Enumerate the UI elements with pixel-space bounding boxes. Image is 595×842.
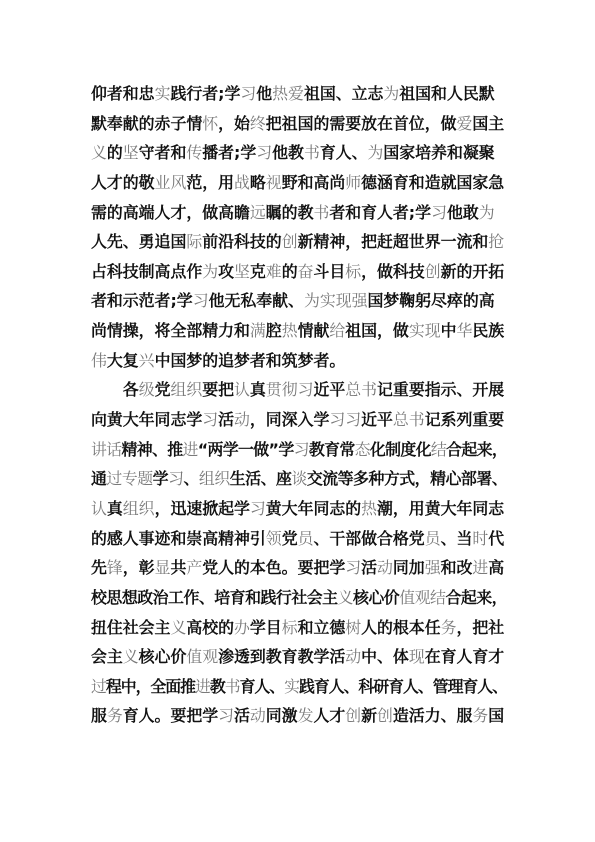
text-segment: 习 [193,291,209,310]
text-segment: 习 [218,706,234,725]
text-segment: 给 [329,321,345,340]
text-segment: 合起来， [446,440,507,459]
text-segment: 要把 [202,380,234,399]
text-segment: ，同深入学 [250,410,329,429]
text-segment: 热 [361,499,377,518]
text-segment: 怀 [202,114,218,133]
text-line: 扭住社会主义高校的办学目标和立德树人的根本任务，把社 [91,613,507,643]
text-segment: 习 [294,440,309,459]
text-segment: 热爱 [272,84,304,103]
text-segment: 和立德 [298,618,346,637]
text-segment: 伟 [91,351,107,370]
text-segment: 总书 [393,410,425,429]
text-segment: 值观 [186,647,218,666]
text-segment: 态 [355,440,370,459]
text-segment: 践行者;学 [170,84,240,103]
text-segment: 中 [441,321,457,340]
text-segment: 野和高尚 [282,173,346,192]
text-segment: 视 [266,173,282,192]
text-segment: 者和育人者;学 [329,203,431,222]
text-segment: 攻 [218,262,234,281]
text-segment: 腔 [266,321,282,340]
text-segment: 中国梦的追梦者和筑梦者。 [155,351,346,370]
text-segment: 占科技制高点作 [91,262,202,281]
text-line: 人先、勇追国际前沿科技的创新精神，把赶超世界一流和抢 [91,227,507,257]
text-segment: 实 [284,677,299,696]
text-segment: 的感人事迹和崇高精神引 [91,529,266,548]
text-segment: 学 [153,469,168,488]
text-segment: 义 [91,143,107,162]
text-line: 人才的敬业风范，用战略视野和高尚师德涵育和造就国家急 [91,168,507,198]
text-segment: 书 [313,203,329,222]
text-segment: 创 [425,262,441,281]
text-segment: 办 [234,618,250,637]
text-segment: 的 [107,143,123,162]
text-line: 占科技制高点作为攻坚克难的奋斗目标，做科技创新的开拓 [91,257,507,287]
text-segment: 会主 [91,647,123,666]
text-segment: 新精神，把赶超世界一流和 [298,232,489,251]
text-segment: 认 [91,499,107,518]
text-segment: 精神、推 [122,440,183,459]
text-segment: 核心价 [139,647,187,666]
text-segment: 先 [91,558,107,577]
text-segment: 习 [250,499,266,518]
text-segment: 略 [250,173,266,192]
text-segment: 仰者和忠 [91,84,155,103]
text-segment: 创 [345,706,361,725]
text-segment: 学目 [250,618,282,637]
text-segment: 化制度化 [370,440,431,459]
text-segment: 、干部做合格党 [313,529,424,548]
text-segment: 过 [91,677,106,696]
text-segment: 前沿科技的 [202,232,281,251]
text-segment: 终 [250,114,266,133]
text-segment: 、 [184,469,199,488]
text-segment: 高 [488,558,504,577]
text-segment: 务 [441,618,457,637]
text-segment: 他 [256,84,272,103]
text-segment: 组织 [123,499,155,518]
text-segment: 为 [368,143,384,162]
text-segment: 义 [338,588,353,607]
text-segment: 实 [155,84,171,103]
text-segment: 热 [282,321,298,340]
text-segment: 人才的敬 [91,173,155,192]
text-segment: 情献 [298,321,330,340]
text-segment: 黄大年同志的 [266,499,361,518]
text-segment: 需的高端人才，做高瞻 [91,203,250,222]
text-segment: 创 [377,706,393,725]
text-line: 伟大复兴中国梦的追梦者和筑梦者。 [91,346,507,376]
text-line: 向黄大年同志学习活动，同深入学习习近平总书记系列重要 [91,405,507,435]
text-segment: 级 [139,380,155,399]
text-segment: 战 [234,173,250,192]
text-segment: 近平 [361,410,393,429]
text-segment: 造活力、服 [393,706,472,725]
text-line: 各级党组织要把认真贯彻习近平总书记重要指示、开展 [91,375,507,405]
text-segment: 人的根本任 [361,618,440,637]
text-segment: 交流等多种方式，精心部署、 [307,469,507,488]
text-segment: 同激 [266,706,298,725]
text-segment: 守者和 [139,143,187,162]
text-segment: 共 [170,558,186,577]
text-segment: 记系列重要 [425,410,504,429]
text-segment: 同加 [393,558,425,577]
text-segment: 义 [123,647,139,666]
text-segment: 他无私奉献、 [209,291,304,310]
text-segment: 为 [479,203,495,222]
text-segment: 总书 [345,380,377,399]
text-segment: 、当 [441,529,473,548]
text-segment: 他敢 [447,203,479,222]
text-segment: 强 [425,558,441,577]
text-line: 默奉献的赤子情怀，始终把祖国的需要放在首位，做爱国主 [91,109,507,139]
text-segment: 义 [170,618,186,637]
text-segment: 书 [225,677,240,696]
paragraph: 仰者和忠实践行者;学习他热爱祖国、立志为祖国和人民默默奉献的赤子情怀，始终把祖国… [91,79,507,375]
text-segment: 真 [250,380,266,399]
text-line: 需的高端人才，做高瞻远瞩的教书者和育人者;学习他敢为 [91,198,507,228]
text-line: 先锋，彰显共产党人的本色。要把学习活动同加强和改进高 [91,553,507,583]
text-segment: 记重要指示、开展 [377,380,504,399]
text-segment: 习 [345,558,361,577]
text-segment: 贯彻习 [266,380,314,399]
text-segment: 育人、 [320,143,368,162]
text-segment: 育人、 [240,677,285,696]
text-line: 校思想政治工作、培育和践行社会主义核心价值观结合起来， [91,583,507,613]
text-segment: ，彰 [123,558,155,577]
text-segment: 现 [409,647,425,666]
text-segment: 组织 [199,469,230,488]
text-segment: “两学一做”学 [198,440,294,459]
text-segment: 难 [266,262,282,281]
text-line: 尚情操，将全部精力和满腔热情献给祖国，做实现中华民族 [91,316,507,346]
text-segment: 党 [282,529,298,548]
text-segment: 动 [250,706,266,725]
text-segment: 为 [202,262,218,281]
text-segment: 代 [488,529,504,548]
text-segment: 时 [472,529,488,548]
text-segment: 员 [298,529,314,548]
text-segment: 奋 [298,262,314,281]
text-segment: 党人的本色。要把学 [202,558,345,577]
text-segment: 为实现强 [304,291,368,310]
text-segment: 在育人育才 [425,647,504,666]
text-segment: 际 [186,232,202,251]
text-segment: 产 [186,558,202,577]
text-segment: 民族 [472,321,504,340]
text-segment: 践育人、科研育人、管理育人、 [299,677,507,696]
text-segment: 满 [250,321,266,340]
text-segment: 真 [107,499,123,518]
text-segment: 范，用 [186,173,234,192]
text-segment: 德涵育和造就国家急 [361,173,504,192]
text-line: 过程中，全面推进教书育人、实践育人、科研育人、管理育人、 [91,672,507,702]
text-segment: 习 [202,410,218,429]
text-segment: 动 [345,647,361,666]
text-segment: 动 [234,410,250,429]
text-segment: 祖国、立志 [304,84,383,103]
text-segment: 活 [234,706,250,725]
text-segment: 瞩的教 [266,203,314,222]
text-segment: 华 [456,321,472,340]
text-segment: 活 [361,558,377,577]
text-segment: 教 [210,677,225,696]
text-line: 者和示范者;学习他无私奉献、为实现强国梦鞠躬尽瘁的高 [91,286,507,316]
text-segment: 新的开拓 [441,262,505,281]
text-segment: 合起来， [445,588,507,607]
text-segment: 发 [298,706,314,725]
text-segment: ，迅速掀起学 [155,499,250,518]
text-segment: 他教 [272,143,304,162]
text-segment: 扭住社会主 [91,618,170,637]
text-segment: 把祖国的需要放在首位，做 [266,114,457,133]
text-segment: 习 [256,143,272,162]
text-segment: 习习 [329,410,361,429]
text-segment: ，把社 [456,618,504,637]
text-line: 会主义核心价值观渗透到教育教学活动中、体现在育人育才 [91,642,507,672]
text-line: 义的坚守者和传播者;学习他教书育人、为国家培养和凝聚 [91,138,507,168]
text-segment: 认 [234,380,250,399]
text-segment: 教育常 [309,440,355,459]
text-segment: 领 [266,529,282,548]
text-segment: 业风 [155,173,187,192]
text-segment: 播者;学 [202,143,256,162]
text-segment: 动 [377,558,393,577]
text-segment: 显 [155,558,171,577]
text-segment: 的 [282,262,298,281]
text-segment: 兴 [139,351,155,370]
text-segment: ，始 [218,114,250,133]
text-segment: 结 [431,440,446,459]
text-segment: 党 [155,380,171,399]
text-line: 讲话精神、推进“两学一做”学习教育常态化制度化结合起来， [91,435,507,465]
text-segment: 中、体 [361,647,409,666]
text-segment: 和改 [441,558,473,577]
text-segment: 爱 [456,114,472,133]
text-segment: 各 [123,380,139,399]
text-segment: 向黄大年同志学 [91,410,202,429]
text-segment: 程中，全面推 [106,677,195,696]
text-segment: 习 [431,203,447,222]
text-segment: 标 [345,262,361,281]
text-segment: 讲话 [91,440,122,459]
text-segment: 远 [250,203,266,222]
text-line: 服务育人。要把学习活动同激发人才创新创造活力、服务国 [91,701,507,731]
text-segment: 组织 [170,380,202,399]
text-segment: 员 [425,529,441,548]
text-segment: 近平 [313,380,345,399]
text-segment: 育人。要把学 [123,706,218,725]
text-segment: 国梦鞠躬尽瘁的高 [368,291,495,310]
text-segment: 默奉献的赤子情 [91,114,202,133]
text-line: 通过专题学习、组织生活、座谈交流等多种方式，精心部署、 [91,464,507,494]
text-segment: 新 [361,706,377,725]
text-segment: 国家培养和凝聚 [383,143,494,162]
text-segment: 人才 [313,706,345,725]
text-segment: 创 [282,232,298,251]
text-line: 的感人事迹和崇高精神引领党员、干部做合格党员、当时代 [91,524,507,554]
text-segment: 服 [91,706,107,725]
text-segment: 值观结 [399,588,445,607]
text-line: 认真组织，迅速掀起学习黄大年同志的热潮，用黄大年同志 [91,494,507,524]
text-segment: 务 [472,706,488,725]
text-segment: 克 [250,262,266,281]
text-segment: 抢 [488,232,504,251]
text-segment: 坚 [123,143,139,162]
text-segment: 习 [168,469,183,488]
text-segment: 习 [240,84,256,103]
text-segment: ，做科技 [361,262,425,281]
paragraph: 各级党组织要把认真贯彻习近平总书记重要指示、开展向黄大年同志学习活动，同深入学习… [91,375,507,731]
text-segment: 者和示范者;学 [91,291,193,310]
text-segment: 祖国和人民默 [399,84,494,103]
text-segment: 人先、勇追国 [91,232,186,251]
text-segment: 尚情操，将全部精力和 [91,321,250,340]
text-segment: 坚 [234,262,250,281]
text-segment: 进 [472,558,488,577]
text-segment: 核心价 [353,588,399,607]
text-segment: 斗目 [313,262,345,281]
text-segment: 通 [91,469,106,488]
text-segment: 大复 [107,351,139,370]
body-text: 仰者和忠实践行者;学习他热爱祖国、立志为祖国和人民默默奉献的赤子情怀，始终把祖国… [91,79,507,731]
text-segment: 传 [186,143,202,162]
text-segment: 生活、座 [230,469,292,488]
text-segment: 进 [195,677,210,696]
text-segment: 高校的 [186,618,234,637]
text-segment: 活 [218,410,234,429]
text-segment: 国主 [472,114,504,133]
text-segment: 祖国，做 [345,321,409,340]
text-segment: 进 [183,440,198,459]
text-segment: 书 [304,143,320,162]
text-segment: 务 [107,706,123,725]
text-segment: 国 [488,706,504,725]
text-line: 仰者和忠实践行者;学习他热爱祖国、立志为祖国和人民默 [91,79,507,109]
text-segment: 谈 [291,469,306,488]
text-segment: 锋 [107,558,123,577]
text-segment: 标 [282,618,298,637]
text-segment: 过专题 [106,469,152,488]
text-segment: 为 [383,84,399,103]
text-segment: 师 [345,173,361,192]
text-segment: 渗透到教育教学活 [218,647,345,666]
text-segment: 实现 [409,321,441,340]
text-segment: 树 [345,618,361,637]
text-segment: 校思想政治工作、培育和践行社会主 [91,588,338,607]
text-segment: 潮，用黄大年同志 [377,499,504,518]
document-page: 仰者和忠实践行者;学习他热爱祖国、立志为祖国和人民默默奉献的赤子情怀，始终把祖国… [0,0,595,842]
